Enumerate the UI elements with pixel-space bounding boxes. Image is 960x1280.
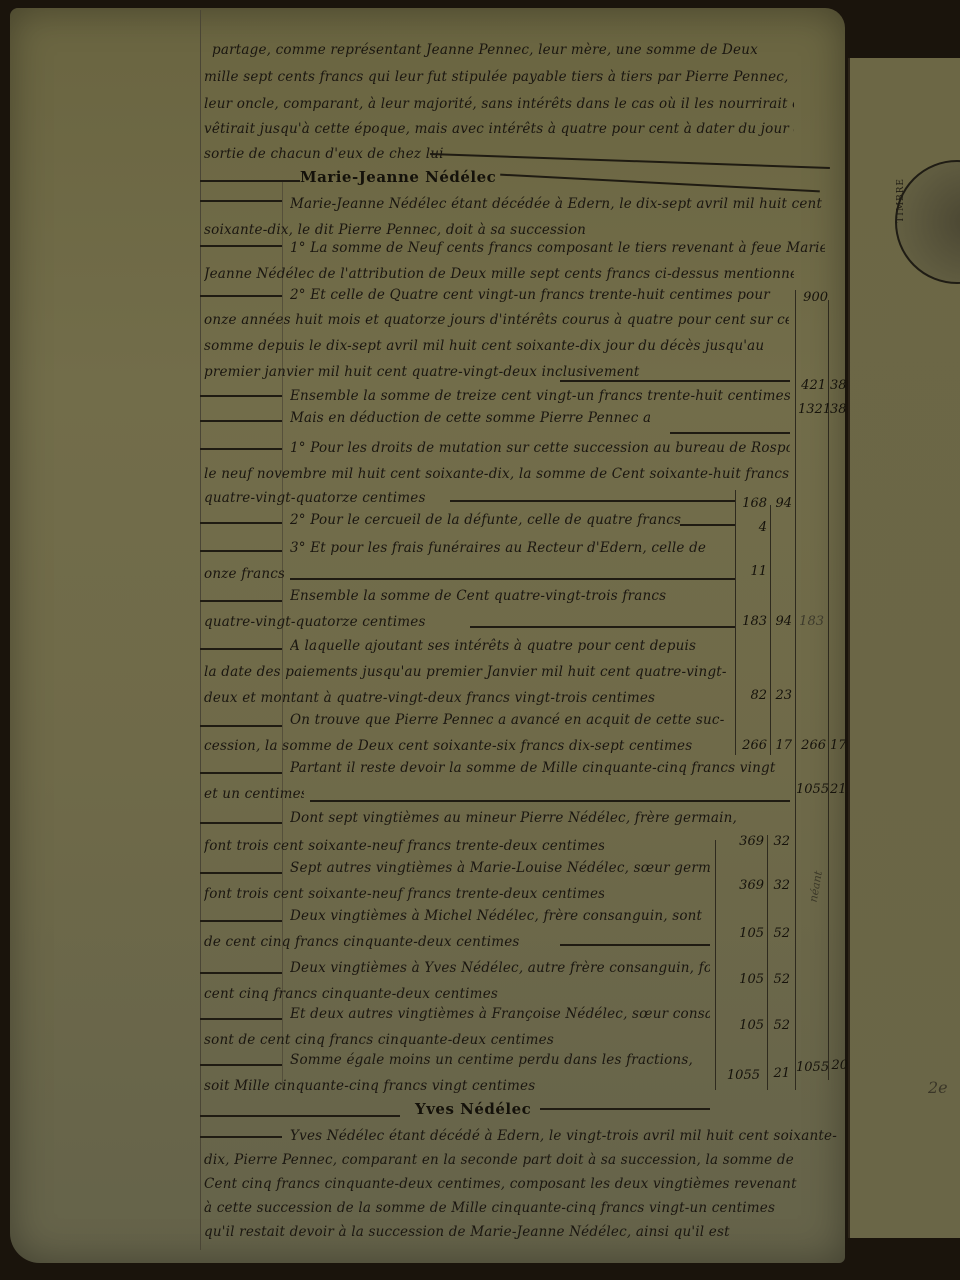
line-filler	[200, 972, 282, 974]
body-line: onze francs	[204, 566, 284, 582]
line-filler	[200, 600, 282, 602]
body-line: Sept autres vingtièmes à Marie-Louise Né…	[290, 860, 710, 876]
body-line: Deux vingtièmes à Michel Nédélec, frère …	[290, 908, 710, 924]
line-filler	[200, 550, 282, 552]
amount-francs: 11	[735, 564, 767, 579]
line-filler	[200, 245, 282, 247]
body-line: Marie-Jeanne Nédélec étant décédée à Ede…	[290, 196, 825, 212]
opening-line: leur oncle, comparant, à leur majorité, …	[204, 96, 794, 112]
amount-francs: 168	[735, 496, 767, 511]
amount-centimes: 52	[770, 972, 790, 987]
amount-centimes: 52	[770, 1018, 790, 1033]
line-filler	[200, 822, 282, 824]
line-filler	[200, 395, 282, 397]
side-total-centimes: 17	[830, 738, 846, 753]
line-filler	[200, 200, 282, 202]
body-line: à cette succession de la somme de Mille …	[204, 1200, 834, 1216]
body-line: premier janvier mil huit cent quatre-vin…	[204, 364, 704, 380]
body-line: 1° La somme de Neuf cents francs composa…	[290, 240, 825, 256]
body-line: soixante-dix, le dit Pierre Pennec, doit…	[204, 222, 794, 238]
amount-centimes: 23	[772, 688, 792, 703]
amount-francs: 183	[735, 614, 767, 629]
amount-francs: 266	[735, 738, 767, 753]
amount-francs: 369	[730, 878, 764, 893]
amount-francs: 4	[735, 520, 767, 535]
body-line: et un centimes	[204, 786, 304, 802]
amount-centimes: 38	[830, 402, 846, 417]
body-line: quatre-vingt-quatorze centimes	[204, 614, 464, 630]
amount-francs: 900	[800, 290, 828, 305]
body-line: Somme égale moins un centime perdu dans …	[290, 1052, 710, 1068]
side-total-francs: 183	[798, 614, 824, 629]
line-filler	[200, 295, 282, 297]
side-total-francs: 266	[798, 738, 826, 753]
body-line: A laquelle ajoutant ses intérêts à quatr…	[290, 638, 730, 654]
section-heading: Yves Nédélec	[415, 1100, 531, 1118]
line-filler	[200, 420, 282, 422]
amount-column-rule	[795, 290, 796, 1090]
amount-column-rule	[767, 835, 768, 1090]
body-line: Mais en déduction de cette somme Pierre …	[290, 410, 650, 426]
line-filler	[200, 1018, 282, 1020]
body-line: Cent cinq francs cinquante-deux centimes…	[204, 1176, 834, 1192]
body-line: Et deux autres vingtièmes à Françoise Né…	[290, 1006, 710, 1022]
amount-francs: 369	[730, 834, 764, 849]
line-filler	[470, 626, 735, 628]
body-line: 3° Et pour les frais funéraires au Recte…	[290, 540, 730, 556]
line-filler	[200, 1136, 282, 1138]
facing-page-note: 2e	[928, 1078, 948, 1097]
section-heading: Marie-Jeanne Nédélec	[300, 168, 496, 186]
line-filler	[450, 500, 735, 502]
line-filler	[200, 725, 282, 727]
body-line: dix, Pierre Pennec, comparant en la seco…	[204, 1152, 834, 1168]
line-filler	[540, 1108, 710, 1110]
amount-centimes: 94	[772, 614, 792, 629]
amount-centimes: 32	[770, 878, 790, 893]
body-line: Deux vingtièmes à Yves Nédélec, autre fr…	[290, 960, 710, 976]
line-filler	[200, 920, 282, 922]
body-line: de cent cinq francs cinquante-deux centi…	[204, 934, 564, 950]
body-line: somme depuis le dix-sept avril mil huit …	[204, 338, 789, 354]
line-filler	[680, 524, 735, 526]
amount-centimes: 94	[772, 496, 792, 511]
body-line: 2° Pour le cercueil de la défunte, celle…	[290, 512, 690, 528]
amount-column-rule	[828, 300, 829, 1080]
body-line: Yves Nédélec étant décédé à Edern, le vi…	[290, 1128, 838, 1144]
body-line: Jeanne Nédélec de l'attribution de Deux …	[204, 266, 794, 282]
line-filler	[200, 1115, 400, 1117]
body-line: soit Mille cinquante-cinq francs vingt c…	[204, 1078, 624, 1094]
amount-francs: 82	[735, 688, 767, 703]
body-line: la date des paiements jusqu'au premier J…	[204, 664, 739, 680]
body-line: deux et montant à quatre-vingt-deux fran…	[204, 690, 684, 706]
body-line: On trouve que Pierre Pennec a avancé en …	[290, 712, 730, 728]
body-line: font trois cent soixante-neuf francs tre…	[204, 838, 604, 854]
opening-line: sortie de chacun d'eux de chez lui	[204, 146, 444, 162]
body-line: le neuf novembre mil huit cent soixante-…	[204, 466, 794, 482]
body-line: 1° Pour les droits de mutation sur cette…	[290, 440, 790, 456]
body-line: quatre-vingt-quatorze centimes	[204, 490, 444, 506]
body-line: font trois cent soixante-neuf francs tre…	[204, 886, 604, 902]
amount-francs: 105	[730, 972, 764, 987]
amount-column-rule	[715, 840, 716, 1090]
opening-line: partage, comme représentant Jeanne Penne…	[212, 42, 802, 58]
line-filler	[670, 432, 790, 434]
amount-centimes: 52	[770, 926, 790, 941]
amount-centimes: 32	[770, 834, 790, 849]
line-filler	[200, 180, 300, 182]
body-line: cession, la somme de Deux cent soixante-…	[204, 738, 724, 754]
amount-francs: 421	[800, 378, 826, 393]
body-line: qu'il restait devoir à la succession de …	[204, 1224, 834, 1240]
line-filler	[200, 648, 282, 650]
line-filler	[310, 800, 790, 802]
opening-line: mille sept cents francs qui leur fut sti…	[204, 69, 794, 85]
side-total-francs: 1055	[796, 782, 828, 797]
body-line: onze années huit mois et quatorze jours …	[204, 312, 789, 328]
body-line: 2° Et celle de Quatre cent vingt-un fran…	[290, 287, 790, 303]
line-filler	[200, 522, 282, 524]
amount-francs: 105	[730, 926, 764, 941]
line-filler	[290, 578, 735, 580]
amount-centimes: 17	[772, 738, 792, 753]
body-line: Ensemble la somme de Cent quatre-vingt-t…	[290, 588, 730, 604]
side-total-centimes: 20	[830, 1058, 848, 1073]
line-filler	[200, 872, 282, 874]
amount-centimes: 38	[830, 378, 846, 393]
line-filler	[200, 1064, 282, 1066]
body-line: cent cinq francs cinquante-deux centimes	[204, 986, 564, 1002]
amount-column-rule	[770, 505, 771, 755]
body-line: sont de cent cinq francs cinquante-deux …	[204, 1032, 594, 1048]
side-total-centimes: 21	[830, 782, 846, 797]
line-filler	[560, 944, 710, 946]
line-filler	[200, 448, 282, 450]
stamp-label: TIMBRE	[896, 178, 912, 223]
body-line: Partant il reste devoir la somme de Mill…	[290, 760, 790, 776]
amount-francs: 105	[730, 1018, 764, 1033]
line-filler	[200, 772, 282, 774]
side-total-francs: 1055	[796, 1060, 828, 1075]
amount-francs: 1055	[720, 1068, 760, 1083]
amount-centimes: 21	[770, 1066, 790, 1081]
body-line: Ensemble la somme de treize cent vingt-u…	[290, 388, 790, 404]
body-line: Dont sept vingtièmes au mineur Pierre Né…	[290, 810, 790, 826]
line-filler	[560, 380, 790, 382]
opening-line: vêtirait jusqu'à cette époque, mais avec…	[204, 121, 794, 137]
amount-francs: 1321	[798, 402, 826, 417]
